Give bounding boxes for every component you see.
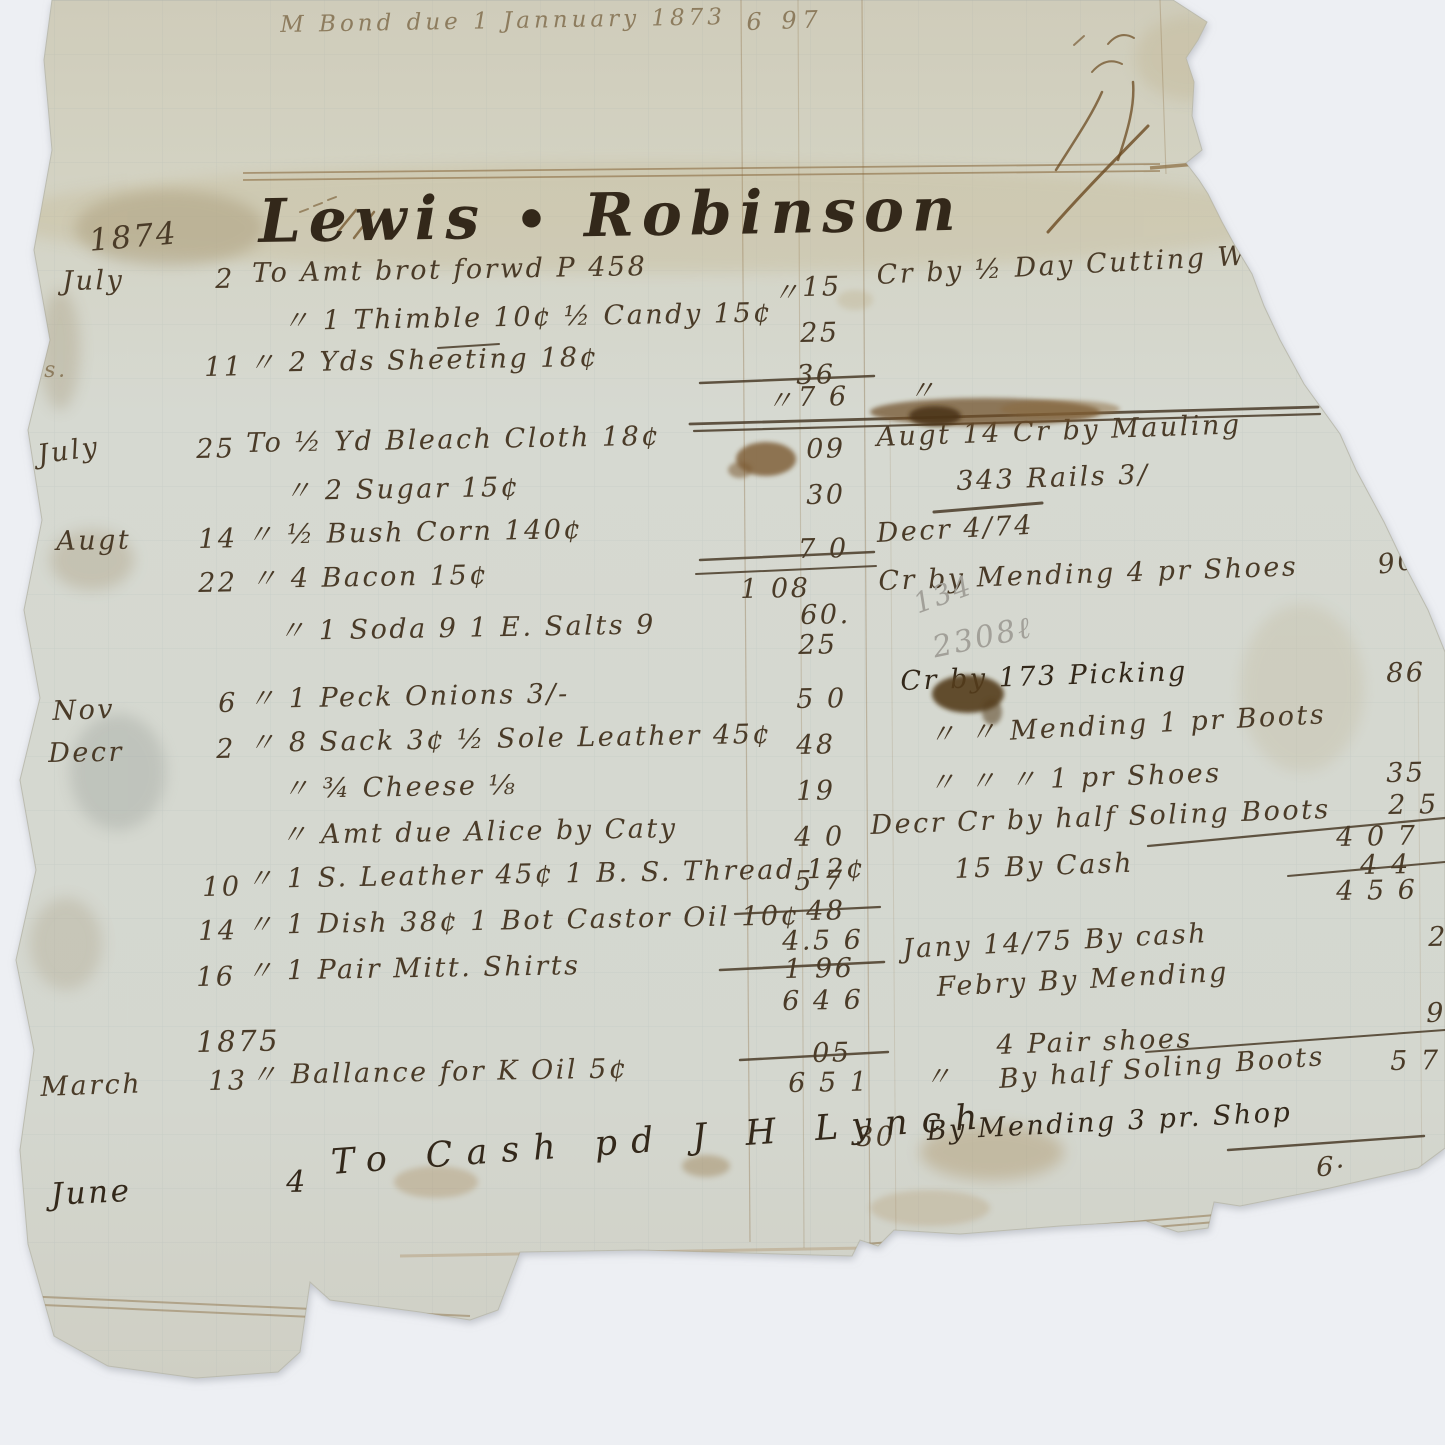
credit-amount: 2	[1428, 924, 1445, 951]
entry-desc: 〃 ¾ Cheese ⅛	[282, 772, 517, 803]
header-note: M Bond due 1 Jannuary 1873	[280, 6, 726, 37]
ledger-year: 1874	[88, 218, 179, 257]
entry-desc: 〃 1 Soda 9 1 E. Salts 9	[278, 611, 656, 645]
entry-desc: 〃 1 Peck Onions 3/-	[248, 680, 570, 713]
ledger-photo: M Bond due 1 Jannuary 1873 6 97 1874 Lew…	[0, 0, 1445, 1445]
credit-desc: Augt 14 Cr by Mauling	[876, 411, 1242, 451]
entry-day: 6	[218, 690, 238, 717]
entry-month: July	[62, 267, 125, 295]
entry-desc: 〃 1 Pair Mitt. Shirts	[246, 952, 581, 985]
entry-desc: To Amt brot forwd P 458	[252, 253, 648, 287]
credit-desc: Decr Cr by half Soling Boots	[870, 796, 1331, 839]
credit-desc: 〃 〃 Mending 1 pr Boots	[928, 701, 1327, 749]
entry-desc: To Cash pd J H Lynch	[330, 1100, 993, 1181]
amount-cents: 25	[798, 631, 838, 659]
entry-month: July	[36, 433, 101, 468]
amount-cents: 48	[796, 731, 836, 759]
entry-desc: 〃 8 Sack 3¢ ½ Sole Leather 45¢	[248, 721, 772, 757]
credit-desc: 〃 〃 〃 1 pr Shoes	[928, 760, 1222, 797]
entry-desc: 〃 1 Thimble 10¢ ½ Candy 15¢	[282, 299, 773, 335]
amount-cents: 4 0	[794, 823, 845, 851]
entry-day: 10	[202, 873, 242, 901]
amount-cents: 60.	[800, 601, 851, 629]
entry-day: 16	[196, 963, 236, 991]
entry-desc: 〃 1 S. Leather 45¢ 1 B. S. Thread 12¢	[246, 855, 866, 893]
entry-day: 14	[198, 917, 238, 945]
credit-desc: Febry By Mending	[936, 959, 1230, 1001]
amount-cents: 05	[812, 1039, 852, 1067]
entry-day: 14	[198, 525, 238, 553]
entry-day: 13	[208, 1067, 248, 1095]
ditto-mark: 〃	[766, 387, 796, 415]
amount-cents: 09	[806, 435, 846, 463]
entry-day: 2	[215, 266, 235, 293]
entry-month: March	[40, 1070, 143, 1101]
entry-year: 1875	[196, 1027, 280, 1057]
credit-amount: 2 5	[1388, 791, 1439, 819]
stray-mark: s.	[44, 360, 68, 382]
entry-day: 22	[198, 569, 238, 597]
credit-desc: Cr by 173 Picking	[900, 658, 1188, 695]
credit-amount: 4 5 6	[1336, 877, 1418, 905]
entry-desc: 〃 2 Yds Sheeting 18¢	[248, 344, 599, 377]
entry-day: 2	[216, 736, 236, 763]
amount-cents: 15	[802, 273, 842, 301]
pencil-note: 2308ℓ	[930, 613, 1035, 663]
amount-cents: 7 0	[798, 535, 849, 563]
credit-desc: 343 Rails 3/	[956, 461, 1150, 495]
amount-total: 1 08	[740, 575, 811, 603]
ditto-mark: 〃	[908, 377, 938, 405]
amount-total: 7 6	[798, 383, 849, 411]
entry-desc: 〃 4 Bacon 15¢	[250, 562, 489, 593]
entry-month: June	[50, 1176, 132, 1211]
entry-desc: 〃 ½ Bush Corn 140¢	[246, 516, 583, 549]
entry-desc: 〃 Amt due Alice by Caty	[280, 815, 678, 849]
amount-total: 6 4 6	[782, 987, 864, 1015]
amount-total: 1 96	[784, 955, 855, 983]
credit-amount: 86	[1386, 659, 1426, 687]
credit-desc: 15 By Cash	[954, 850, 1134, 883]
amount-total: 6 5 1	[788, 1069, 870, 1097]
credit-amount: 35	[1386, 759, 1426, 787]
ditto-mark: 〃	[924, 1063, 954, 1091]
entry-month: Decr	[48, 739, 124, 767]
amount-cents: 25	[800, 319, 840, 347]
ditto-mark: 〃	[772, 279, 802, 307]
credit-amount: 6·	[1316, 1153, 1347, 1181]
amount-cents: 5 0	[796, 685, 847, 713]
entry-desc: 〃 Ballance for K Oil 5¢	[250, 1055, 629, 1089]
credit-amount: 5 7	[1390, 1047, 1441, 1075]
entry-day: 4	[286, 1168, 308, 1198]
entry-day: 25	[196, 435, 236, 463]
amount-cents: 48	[806, 897, 846, 925]
amount-total: 4.5 6	[782, 927, 864, 955]
entry-month: Nov	[52, 696, 116, 725]
entry-month: Augt	[56, 527, 131, 555]
credit-amount: 4 0 7	[1336, 823, 1418, 851]
entry-desc: 〃 1 Dish 38¢ 1 Bot Castor Oil 10¢	[246, 902, 800, 939]
credit-desc: Jany 14/75 By cash	[902, 920, 1209, 963]
header-amount: 6 97	[746, 7, 824, 34]
credit-amount: 9	[1426, 1000, 1445, 1027]
amount-cents: 19	[796, 777, 836, 805]
credit-desc: Decr 4/74	[876, 512, 1035, 547]
amount-cents: 5 7	[794, 867, 845, 895]
entry-day: 11	[204, 353, 244, 381]
amount-cents: 30	[806, 481, 846, 509]
entry-desc: 〃 2 Sugar 15¢	[284, 474, 521, 505]
ledger-title: Lewis ∙ Robinson	[258, 180, 964, 252]
entry-desc: To ½ Yd Bleach Cloth 18¢	[246, 423, 661, 457]
